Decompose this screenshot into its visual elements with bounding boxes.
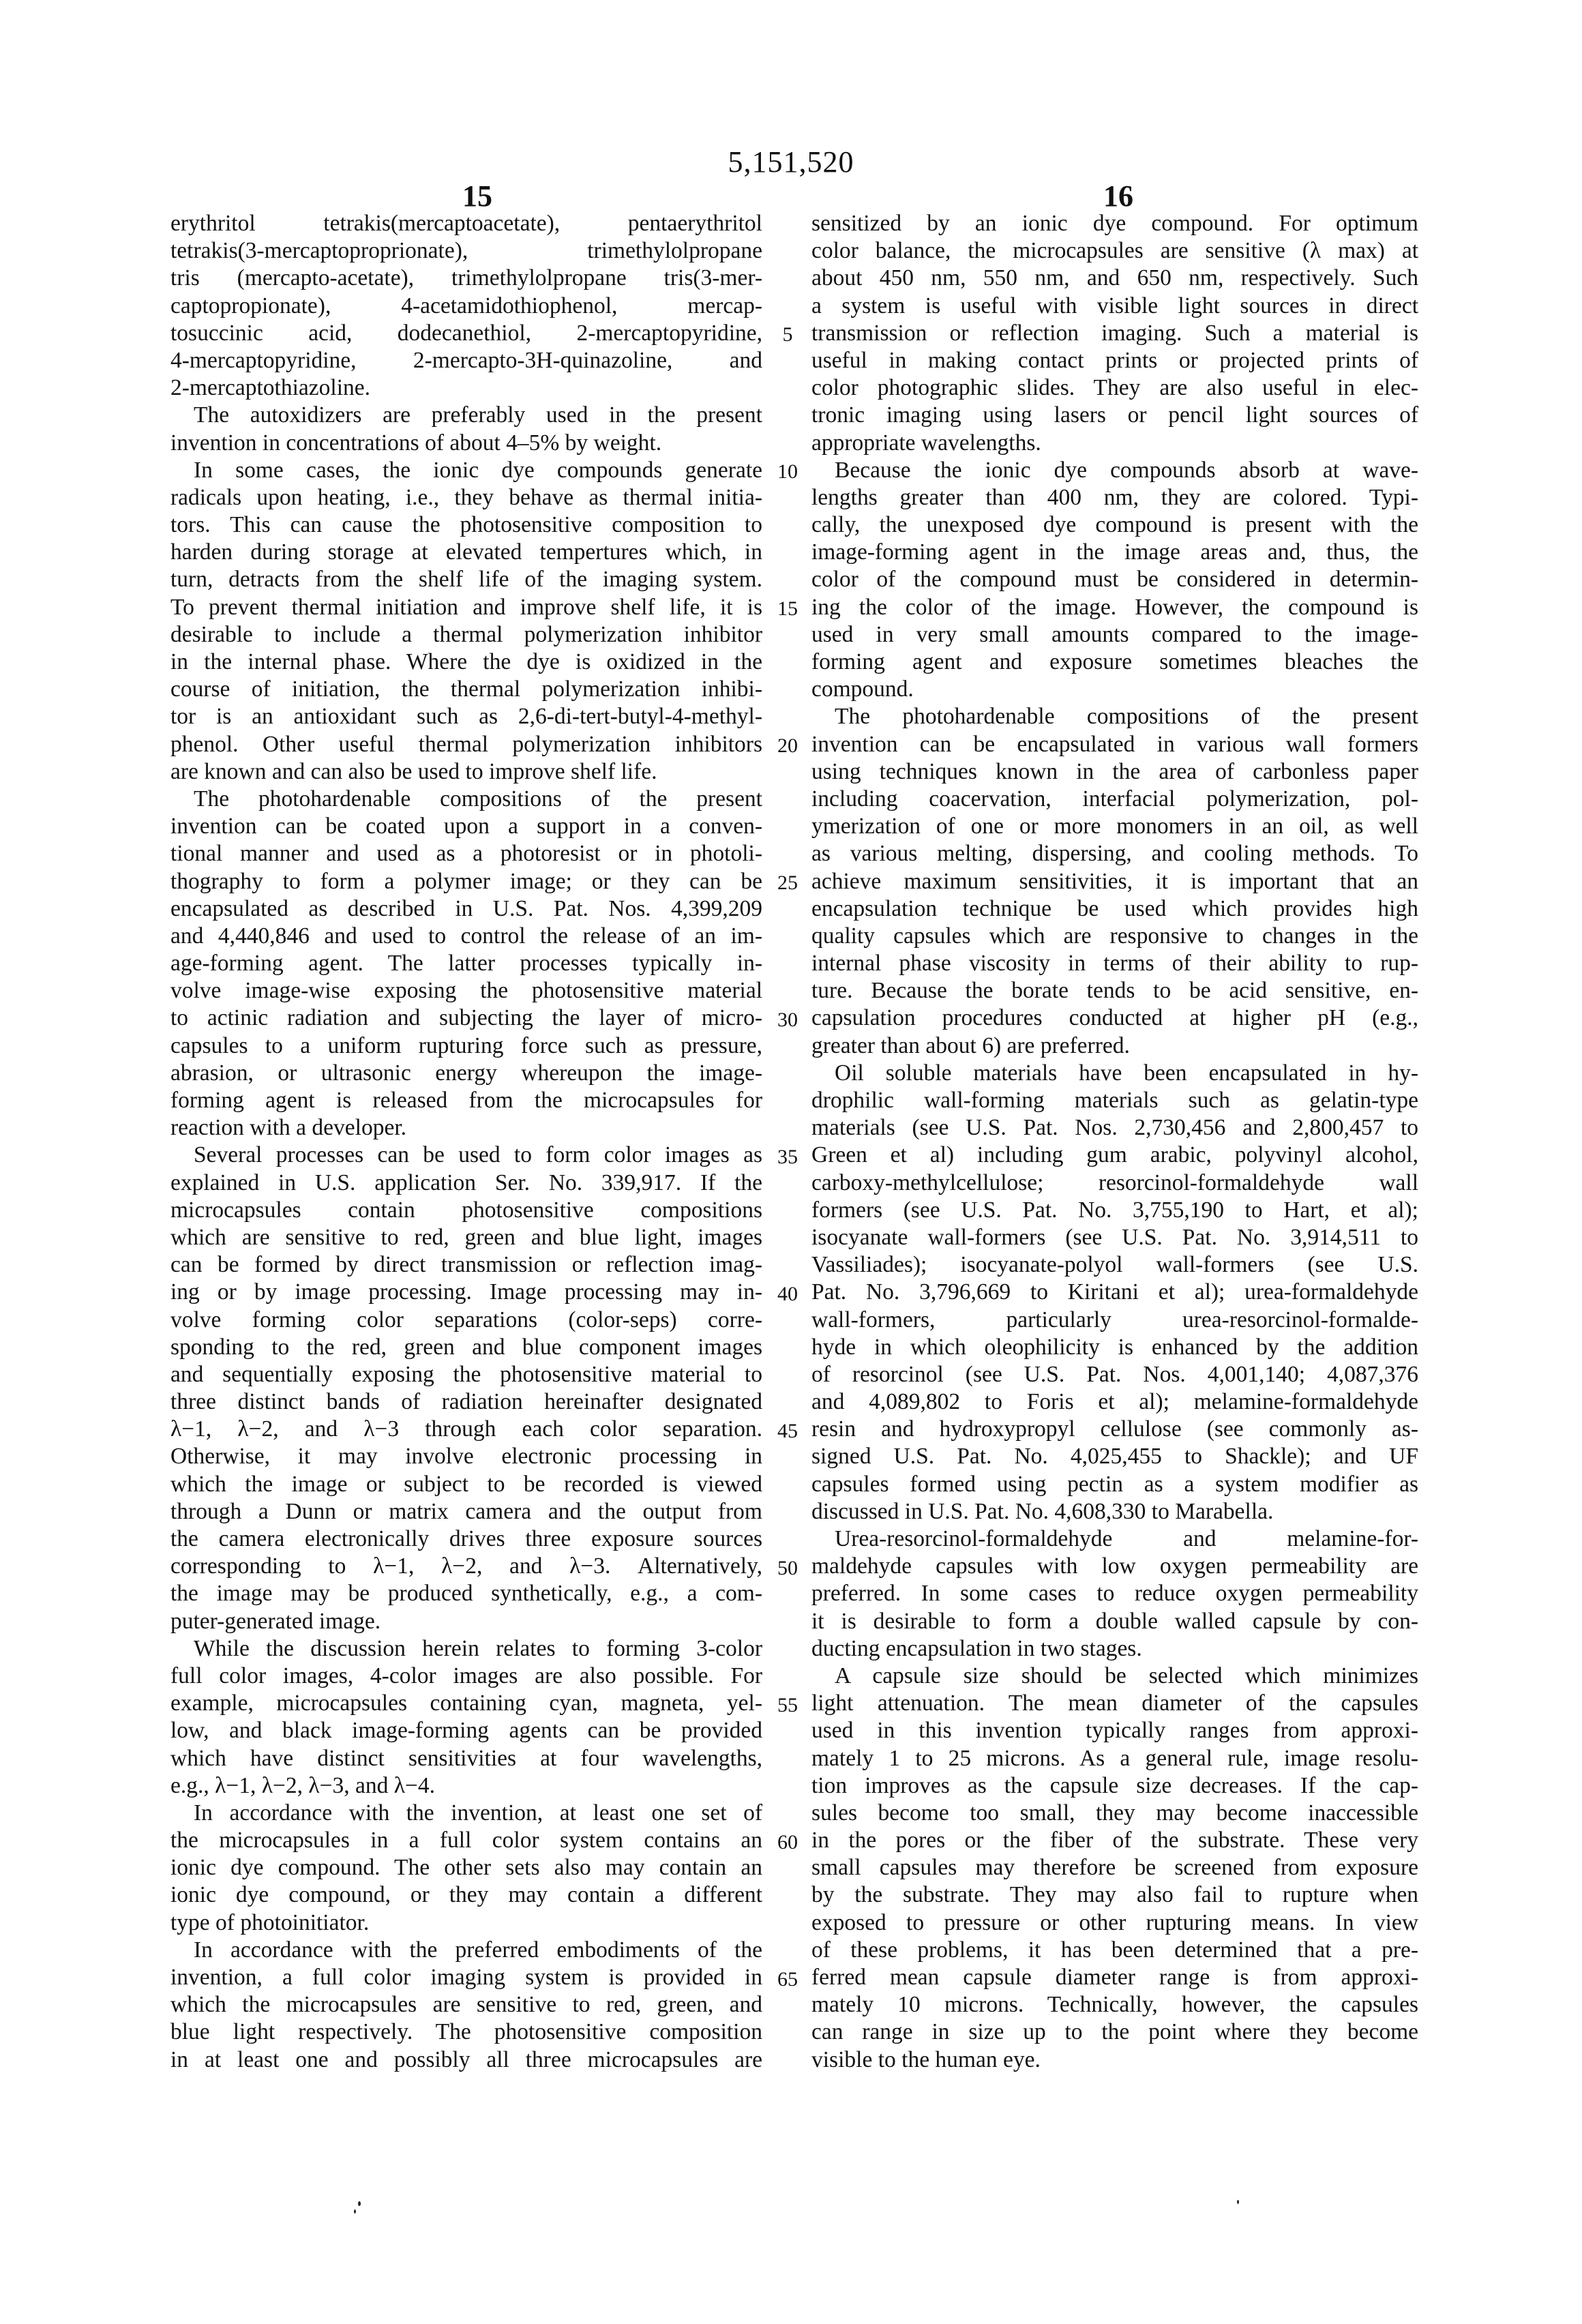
- column-number-left: 15: [409, 179, 546, 213]
- text-line: radicals upon heating, i.e., they behave…: [170, 484, 762, 511]
- text-line: ture. Because the borate tends to be aci…: [811, 977, 1418, 1004]
- text-line: capsules formed using pectin as a system…: [811, 1471, 1418, 1498]
- text-line: by the substrate. They may also fail to …: [811, 1881, 1418, 1909]
- line-number: 15: [769, 595, 806, 623]
- text-line: the image may be produced synthetically,…: [170, 1580, 762, 1607]
- text-line: invention can be encapsulated in various…: [811, 731, 1418, 758]
- text-line: transmission or reflection imaging. Such…: [811, 320, 1418, 347]
- text-line: carboxy-methylcellulose; resorcinol-form…: [811, 1170, 1418, 1197]
- text-line: thography to form a polymer image; or th…: [170, 868, 762, 895]
- text-line: quality capsules which are responsive to…: [811, 923, 1418, 950]
- text-line: mately 10 microns. Technically, however,…: [811, 1991, 1418, 2018]
- text-line: Urea-resorcinol-formaldehyde and melamin…: [811, 1525, 1418, 1553]
- text-line: ionic dye compound. The other sets also …: [170, 1854, 762, 1881]
- text-line: desirable to include a thermal polymeriz…: [170, 621, 762, 649]
- text-line: including coacervation, interfacial poly…: [811, 786, 1418, 813]
- text-line: image-forming agent in the image areas a…: [811, 539, 1418, 566]
- text-line: about 450 nm, 550 nm, and 650 nm, respec…: [811, 265, 1418, 292]
- text-line: appropriate wavelengths.: [811, 430, 1418, 457]
- text-line: In accordance with the invention, at lea…: [170, 1800, 762, 1827]
- text-line: capsulation procedures conducted at high…: [811, 1004, 1418, 1032]
- text-line: tion improves as the capsule size decrea…: [811, 1772, 1418, 1800]
- text-line: Because the ionic dye compounds absorb a…: [811, 457, 1418, 484]
- text-line: blue light respectively. The photosensit…: [170, 2018, 762, 2046]
- text-line: greater than about 6) are preferred.: [811, 1032, 1418, 1060]
- text-line: To prevent thermal initiation and improv…: [170, 594, 762, 621]
- text-line: Vassiliades); isocyanate-polyol wall-for…: [811, 1251, 1418, 1279]
- text-line: signed U.S. Pat. No. 4,025,455 to Shackl…: [811, 1443, 1418, 1470]
- text-line: which the microcapsules are sensitive to…: [170, 1991, 762, 2018]
- line-number: 25: [769, 869, 806, 897]
- scan-speck: [1237, 2200, 1239, 2204]
- text-line: tosuccinic acid, dodecanethiol, 2-mercap…: [170, 320, 762, 347]
- line-number: 20: [769, 732, 806, 760]
- text-line: erythritol tetrakis(mercaptoacetate), pe…: [170, 210, 762, 237]
- text-line: turn, detracts from the shelf life of th…: [170, 566, 762, 593]
- column-number-right: 16: [1050, 179, 1186, 213]
- text-line: tris (mercapto-acetate), trimethylolprop…: [170, 265, 762, 292]
- line-number: 50: [769, 1555, 806, 1582]
- text-line: and 4,440,846 and used to control the re…: [170, 923, 762, 950]
- text-line: puter-generated image.: [170, 1608, 762, 1635]
- text-line: harden during storage at elevated temper…: [170, 539, 762, 566]
- text-line: which are sensitive to red, green and bl…: [170, 1224, 762, 1251]
- text-line: sules become too small, they may become …: [811, 1800, 1418, 1827]
- text-line: In accordance with the preferred embodim…: [170, 1937, 762, 1964]
- text-line: small capsules may therefore be screened…: [811, 1854, 1418, 1881]
- text-line: Oil soluble materials have been encapsul…: [811, 1060, 1418, 1087]
- text-line: full color images, 4-color images are al…: [170, 1663, 762, 1690]
- text-line: cally, the unexposed dye compound is pre…: [811, 511, 1418, 539]
- left-text-column: erythritol tetrakis(mercaptoacetate), pe…: [170, 210, 762, 2074]
- text-line: as various melting, dispersing, and cool…: [811, 840, 1418, 867]
- text-line: example, microcapsules containing cyan, …: [170, 1690, 762, 1717]
- text-line: microcapsules contain photosensitive com…: [170, 1197, 762, 1224]
- text-line: ducting encapsulation in two stages.: [811, 1635, 1418, 1663]
- text-line: forming agent is released from the micro…: [170, 1087, 762, 1114]
- text-line: lengths greater than 400 nm, they are co…: [811, 484, 1418, 511]
- text-line: ferred mean capsule diameter range is fr…: [811, 1964, 1418, 1991]
- text-line: ionic dye compound, or they may contain …: [170, 1881, 762, 1909]
- line-number: 45: [769, 1418, 806, 1445]
- line-number: 60: [769, 1829, 806, 1856]
- text-line: While the discussion herein relates to f…: [170, 1635, 762, 1663]
- text-line: tronic imaging using lasers or pencil li…: [811, 402, 1418, 429]
- text-line: sensitized by an ionic dye compound. For…: [811, 210, 1418, 237]
- text-line: hyde in which oleophilicity is enhanced …: [811, 1334, 1418, 1361]
- text-line: useful in making contact prints or proje…: [811, 347, 1418, 374]
- text-line: forming agent and exposure sometimes ble…: [811, 649, 1418, 676]
- text-line: the camera electronically drives three e…: [170, 1525, 762, 1553]
- text-line: which have distinct sensitivities at fou…: [170, 1745, 762, 1772]
- right-text-column: sensitized by an ionic dye compound. For…: [811, 210, 1418, 2074]
- text-line: In some cases, the ionic dye compounds g…: [170, 457, 762, 484]
- text-line: sponding to the red, green and blue comp…: [170, 1334, 762, 1361]
- text-line: a system is useful with visible light so…: [811, 293, 1418, 320]
- line-number: 65: [769, 1966, 806, 1993]
- text-line: used in very small amounts compared to t…: [811, 621, 1418, 649]
- text-line: The autoxidizers are preferably used in …: [170, 402, 762, 429]
- text-line: tional manner and used as a photoresist …: [170, 840, 762, 867]
- text-line: Several processes can be used to form co…: [170, 1142, 762, 1169]
- line-number: 35: [769, 1144, 806, 1171]
- text-line: achieve maximum sensitivities, it is imp…: [811, 868, 1418, 895]
- text-line: abrasion, or ultrasonic energy whereupon…: [170, 1060, 762, 1087]
- text-line: encapsulated as described in U.S. Pat. N…: [170, 895, 762, 923]
- text-line: materials (see U.S. Pat. Nos. 2,730,456 …: [811, 1114, 1418, 1142]
- text-line: 2-mercaptothiazoline.: [170, 374, 762, 402]
- text-line: using techniques known in the area of ca…: [811, 758, 1418, 786]
- text-line: color balance, the microcapsules are sen…: [811, 237, 1418, 265]
- text-line: resin and hydroxypropyl cellulose (see c…: [811, 1416, 1418, 1443]
- text-line: tors. This can cause the photosensitive …: [170, 511, 762, 539]
- text-line: isocyanate wall-formers (see U.S. Pat. N…: [811, 1224, 1418, 1251]
- scan-speck: [358, 2201, 361, 2206]
- line-number: 30: [769, 1007, 806, 1034]
- text-line: volve image-wise exposing the photosensi…: [170, 977, 762, 1004]
- text-line: internal phase viscosity in terms of the…: [811, 950, 1418, 977]
- text-line: in at least one and possibly all three m…: [170, 2046, 762, 2074]
- text-line: in the internal phase. Where the dye is …: [170, 649, 762, 676]
- line-number: 40: [769, 1281, 806, 1308]
- text-line: it is desirable to form a double walled …: [811, 1608, 1418, 1635]
- line-number: 10: [769, 458, 806, 486]
- text-line: exposed to pressure or other rupturing m…: [811, 1909, 1418, 1937]
- text-line: and sequentially exposing the photosensi…: [170, 1361, 762, 1388]
- text-line: preferred. In some cases to reduce oxyge…: [811, 1580, 1418, 1607]
- text-line: phenol. Other useful thermal polymerizat…: [170, 731, 762, 758]
- text-line: to actinic radiation and subjecting the …: [170, 1004, 762, 1032]
- text-line: invention, a full color imaging system i…: [170, 1964, 762, 1991]
- text-line: course of initiation, the thermal polyme…: [170, 676, 762, 703]
- text-line: ymerization of one or more monomers in a…: [811, 813, 1418, 840]
- text-line: age-forming agent. The latter processes …: [170, 950, 762, 977]
- text-line: which the image or subject to be recorde…: [170, 1471, 762, 1498]
- text-line: Pat. No. 3,796,669 to Kiritani et al); u…: [811, 1279, 1418, 1306]
- text-line: captopropionate), 4-acetamidothiophenol,…: [170, 293, 762, 320]
- text-line: type of photoinitiator.: [170, 1909, 762, 1937]
- text-line: capsules to a uniform rupturing force su…: [170, 1032, 762, 1060]
- text-line: The photohardenable compositions of the …: [811, 703, 1418, 730]
- text-line: explained in U.S. application Ser. No. 3…: [170, 1170, 762, 1197]
- text-line: of resorcinol (see U.S. Pat. Nos. 4,001,…: [811, 1361, 1418, 1388]
- text-line: The photohardenable compositions of the …: [170, 786, 762, 813]
- text-line: color of the compound must be considered…: [811, 566, 1418, 593]
- text-line: can be formed by direct transmission or …: [170, 1251, 762, 1279]
- scan-speck: [354, 2209, 356, 2214]
- text-line: wall-formers, particularly urea-resorcin…: [811, 1307, 1418, 1334]
- text-line: color photographic slides. They are also…: [811, 374, 1418, 402]
- line-number: 55: [769, 1692, 806, 1719]
- text-line: Green et al) including gum arabic, polyv…: [811, 1142, 1418, 1169]
- text-line: discussed in U.S. Pat. No. 4,608,330 to …: [811, 1498, 1418, 1525]
- text-line: maldehyde capsules with low oxygen perme…: [811, 1553, 1418, 1580]
- text-line: can range in size up to the point where …: [811, 2018, 1418, 2046]
- text-line: invention can be coated upon a support i…: [170, 813, 762, 840]
- text-line: volve forming color separations (color-s…: [170, 1307, 762, 1334]
- text-line: the microcapsules in a full color system…: [170, 1827, 762, 1854]
- text-line: compound.: [811, 676, 1418, 703]
- text-line: formers (see U.S. Pat. No. 3,755,190 to …: [811, 1197, 1418, 1224]
- text-line: three distinct bands of radiation herein…: [170, 1388, 762, 1416]
- text-line: through a Dunn or matrix camera and the …: [170, 1498, 762, 1525]
- text-line: are known and can also be used to improv…: [170, 758, 762, 786]
- line-number: 5: [769, 321, 806, 348]
- text-line: low, and black image-forming agents can …: [170, 1717, 762, 1744]
- text-line: corresponding to λ−1, λ−2, and λ−3. Alte…: [170, 1553, 762, 1580]
- text-line: ing or by image processing. Image proces…: [170, 1279, 762, 1306]
- text-line: visible to the human eye.: [811, 2046, 1418, 2074]
- text-line: Otherwise, it may involve electronic pro…: [170, 1443, 762, 1470]
- text-line: light attenuation. The mean diameter of …: [811, 1690, 1418, 1717]
- text-line: used in this invention typically ranges …: [811, 1717, 1418, 1744]
- text-line: in the pores or the fiber of the substra…: [811, 1827, 1418, 1854]
- text-line: drophilic wall-forming materials such as…: [811, 1087, 1418, 1114]
- text-line: A capsule size should be selected which …: [811, 1663, 1418, 1690]
- text-line: mately 1 to 25 microns. As a general rul…: [811, 1745, 1418, 1772]
- text-line: invention in concentrations of about 4–5…: [170, 430, 762, 457]
- patent-number: 5,151,520: [0, 145, 1582, 179]
- text-line: encapsulation technique be used which pr…: [811, 895, 1418, 923]
- text-line: 4-mercaptopyridine, 2-mercapto-3H-quinaz…: [170, 347, 762, 374]
- text-line: tor is an antioxidant such as 2,6-di-ter…: [170, 703, 762, 730]
- text-line: reaction with a developer.: [170, 1114, 762, 1142]
- text-line: of these problems, it has been determine…: [811, 1937, 1418, 1964]
- text-line: tetrakis(3-mercaptoproprionate), trimeth…: [170, 237, 762, 265]
- text-line: and 4,089,802 to Foris et al); melamine-…: [811, 1388, 1418, 1416]
- text-line: e.g., λ−1, λ−2, λ−3, and λ−4.: [170, 1772, 762, 1800]
- text-line: ing the color of the image. However, the…: [811, 594, 1418, 621]
- text-line: λ−1, λ−2, and λ−3 through each color sep…: [170, 1416, 762, 1443]
